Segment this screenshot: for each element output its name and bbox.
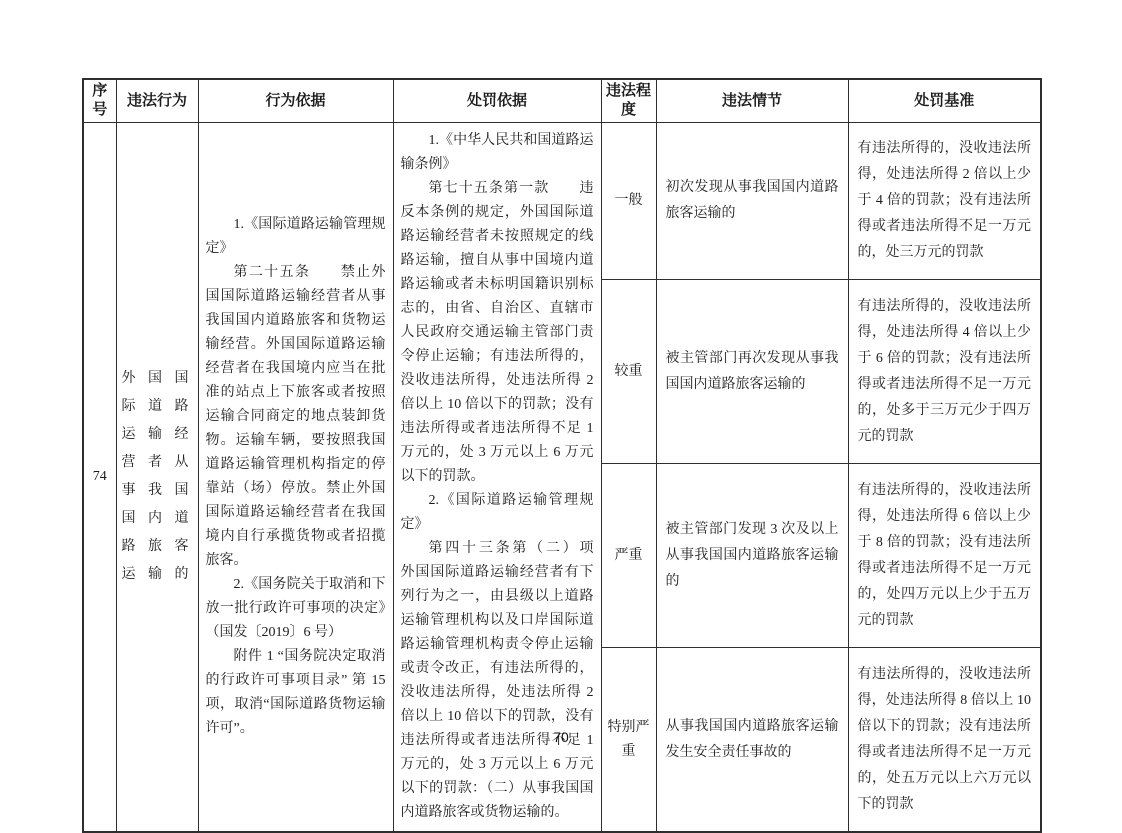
act-basis-paragraph: 2.《国务院关于取消和下放一批行政许可事项的决定》（国发〔2019〕6 号） [206,573,386,645]
cell-violation-act: 外国国际道路运输经营者从事我国国内道路旅客运输的 [116,123,198,833]
header-circumstance: 违法情节 [656,79,848,123]
cell-degree: 较重 [601,280,656,464]
page-number: 70 [0,729,1122,745]
header-penalty-standard: 处罚基准 [848,79,1041,123]
cell-seq-number: 74 [83,123,116,833]
penalty-standard-text: 有违法所得的，没收违法所得，处违法所得 2 倍以上少于 4 倍的罚款；没有违法所… [858,136,1032,266]
cell-degree: 严重 [601,464,656,648]
penalty-basis-paragraph: 2.《国际道路运输管理规定》 [401,489,594,537]
cell-penalty-standard: 有违法所得的，没收违法所得，处违法所得 2 倍以上少于 4 倍的罚款；没有违法所… [848,123,1041,280]
penalty-standard-text: 有违法所得的，没收违法所得，处违法所得 6 倍以上少于 8 倍的罚款；没有违法所… [858,478,1032,634]
cell-penalty-basis: 1.《中华人民共和国道路运输条例》 第七十五条第一款 违反本条例的规定，外国国际… [393,123,601,833]
header-act-basis: 行为依据 [198,79,393,123]
circumstance-text: 被主管部门发现 3 次及以上从事我国国内道路旅客运输的 [666,517,839,595]
header-seq: 序号 [83,79,116,123]
table-row-general: 74 外国国际道路运输经营者从事我国国内道路旅客运输的 1.《国际道路运输管理规… [83,123,1041,280]
cell-degree: 一般 [601,123,656,280]
cell-circumstance: 被主管部门再次发现从事我国国内道路旅客运输的 [656,280,848,464]
act-basis-paragraph: 1.《国际道路运输管理规定》 [206,213,386,261]
circumstance-text: 被主管部门再次发现从事我国国内道路旅客运输的 [666,346,839,398]
cell-circumstance: 被主管部门发现 3 次及以上从事我国国内道路旅客运输的 [656,464,848,648]
header-degree: 违法程度 [601,79,656,123]
table-header-row: 序号 违法行为 行为依据 处罚依据 违法程度 违法情节 处罚基准 [83,79,1041,123]
circumstance-text: 初次发现从事我国国内道路旅客运输的 [666,175,839,227]
cell-act-basis: 1.《国际道路运输管理规定》 第二十五条 禁止外国国际道路运输经营者从事我国国内… [198,123,393,833]
regulation-penalty-table: 序号 违法行为 行为依据 处罚依据 违法程度 违法情节 处罚基准 74 外国国际… [82,78,1042,833]
cell-penalty-standard: 有违法所得的，没收违法所得，处违法所得 6 倍以上少于 8 倍的罚款；没有违法所… [848,464,1041,648]
cell-circumstance: 初次发现从事我国国内道路旅客运输的 [656,123,848,280]
header-violation: 违法行为 [116,79,198,123]
act-basis-paragraph: 第二十五条 禁止外国国际道路运输经营者从事我国国内道路旅客和货物运输经营。外国国… [206,261,386,573]
act-basis-paragraph: 附件 1 “国务院决定取消的行政许可事项目录” 第 15 项，取消“国际道路货物… [206,645,386,741]
cell-penalty-standard: 有违法所得的，没收违法所得，处违法所得 4 倍以上少于 6 倍的罚款；没有违法所… [848,280,1041,464]
penalty-standard-text: 有违法所得的，没收违法所得，处违法所得 4 倍以上少于 6 倍的罚款；没有违法所… [858,294,1032,450]
penalty-basis-paragraph: 1.《中华人民共和国道路运输条例》 [401,129,594,177]
header-penalty-basis: 处罚依据 [393,79,601,123]
penalty-basis-paragraph: 第四十三条第（二）项 外国国际道路运输经营者有下列行为之一，由县级以上道路运输管… [401,537,594,825]
penalty-basis-paragraph: 第七十五条第一款 违反本条例的规定，外国国际道路运输经营者未按照规定的线路运输，… [401,177,594,489]
